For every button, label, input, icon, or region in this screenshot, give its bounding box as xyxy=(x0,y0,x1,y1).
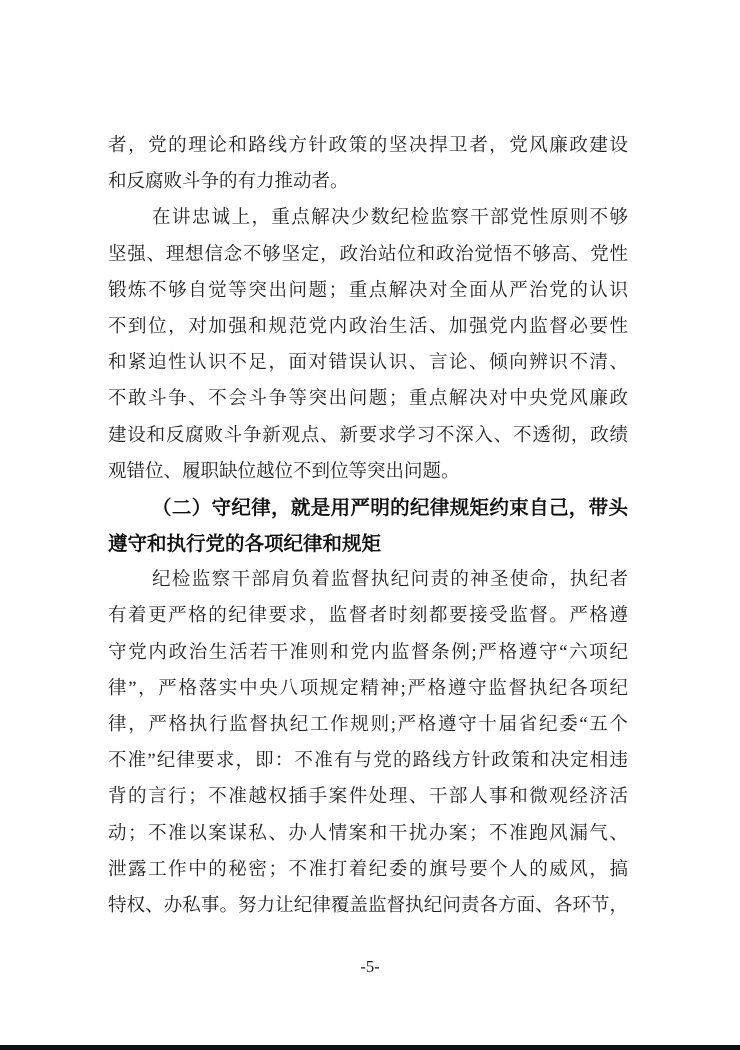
text-line: 观错位、履职缺位越位不到位等突出问题。 xyxy=(108,454,628,490)
text-line: 锻炼不够自觉等突出问题；重点解决对全面从严治党的认识 xyxy=(108,273,628,309)
text-line: 纪检监察干部肩负着监督执纪问责的神圣使命，执纪者 xyxy=(108,562,628,598)
page-bottom-edge xyxy=(0,1045,740,1050)
text-line: 和紧迫性认识不足，面对错误认识、言论、倾向辨识不清、 xyxy=(108,345,628,381)
text-line: 和反腐败斗争的有力推动者。 xyxy=(108,164,628,200)
section-heading-line: 遵守和执行党的各项纪律和规矩 xyxy=(108,526,628,562)
text-line: 动；不准以案谋私、办人情案和干扰办案；不准跑风漏气、 xyxy=(108,816,628,852)
text-line: 律”，严格落实中央八项规定精神;严格遵守监督执纪各项纪 xyxy=(108,671,628,707)
document-page: 者，党的理论和路线方针政策的坚决捍卫者，党风廉政建设 和反腐败斗争的有力推动者。… xyxy=(0,0,740,1050)
text-line: 守党内政治生活若干准则和党内监督条例;严格遵守“六项纪 xyxy=(108,635,628,671)
text-line: 特权、办私事。努力让纪律覆盖监督执纪问责各方面、各环节， xyxy=(108,888,628,924)
text-line: 坚强、理想信念不够坚定，政治站位和政治觉悟不够高、党性 xyxy=(108,237,628,273)
page-number: -5- xyxy=(0,956,740,978)
text-line: 背的言行；不准越权插手案件处理、干部人事和微观经济活 xyxy=(108,779,628,815)
text-line: 有着更严格的纪律要求，监督者时刻都要接受监督。严格遵 xyxy=(108,598,628,634)
text-line: 律，严格执行监督执纪工作规则;严格遵守十届省纪委“五个 xyxy=(108,707,628,743)
document-body: 者，党的理论和路线方针政策的坚决捍卫者，党风廉政建设 和反腐败斗争的有力推动者。… xyxy=(108,128,628,924)
text-line: 者，党的理论和路线方针政策的坚决捍卫者，党风廉政建设 xyxy=(108,128,628,164)
text-line: 不敢斗争、不会斗争等突出问题；重点解决对中央党风廉政 xyxy=(108,381,628,417)
text-line: 建设和反腐败斗争新观点、新要求学习不深入、不透彻，政绩 xyxy=(108,418,628,454)
text-line: 在讲忠诚上，重点解决少数纪检监察干部党性原则不够 xyxy=(108,200,628,236)
text-line: 泄露工作中的秘密；不准打着纪委的旗号要个人的威风，搞 xyxy=(108,852,628,888)
text-line: 不准”纪律要求，即：不准有与党的路线方针政策和决定相违 xyxy=(108,743,628,779)
text-line: 不到位，对加强和规范党内政治生活、加强党内监督必要性 xyxy=(108,309,628,345)
section-heading-line: （二）守纪律，就是用严明的纪律规矩约束自己，带头 xyxy=(108,490,628,526)
